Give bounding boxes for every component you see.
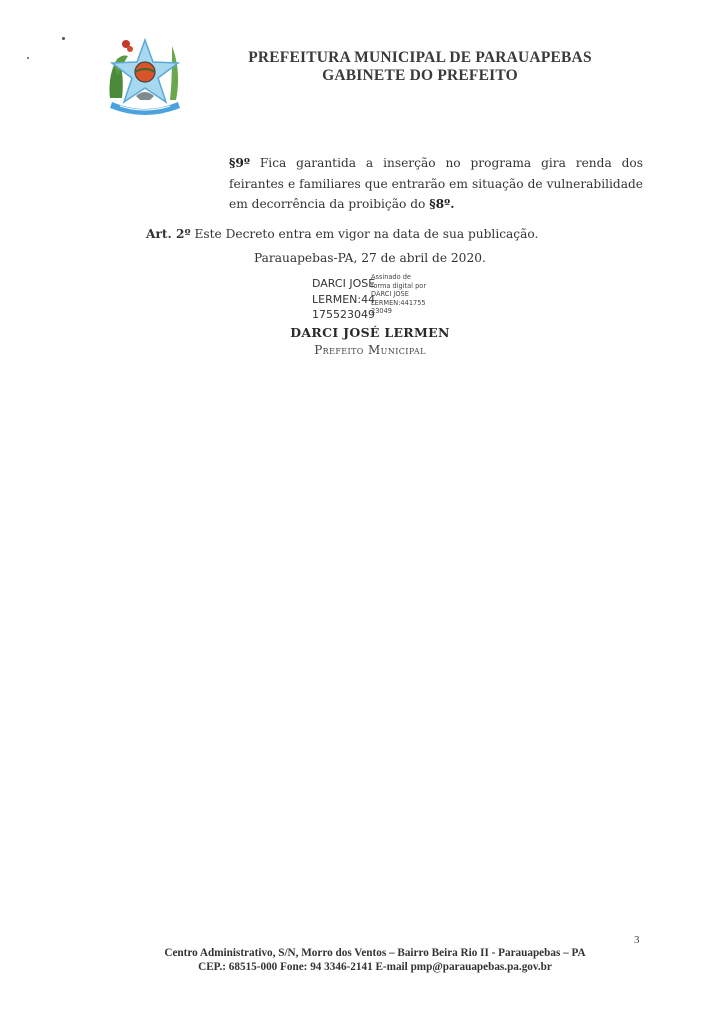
digital-signature-name: DARCI JOSE LERMEN:44 175523049 bbox=[312, 276, 375, 323]
digital-signature-note: Assinado de forma digital por DARCI JOSE… bbox=[371, 273, 426, 316]
header-subtitle: GABINETE DO PREFEITO bbox=[225, 67, 615, 85]
scan-speck bbox=[62, 37, 65, 40]
signature-note-line: DARCI JOSE bbox=[371, 290, 426, 299]
paragraph-end: . bbox=[450, 197, 454, 211]
scan-speck bbox=[27, 57, 29, 59]
signature-name-line: LERMEN:44 bbox=[312, 292, 375, 308]
signature-note-line: forma digital por bbox=[371, 282, 426, 291]
signature-note-line: 23049 bbox=[371, 307, 426, 316]
footer-address: Centro Administrativo, S/N, Morro dos Ve… bbox=[140, 946, 610, 960]
paragraph-label: §9º bbox=[229, 156, 250, 170]
page-number: 3 bbox=[634, 934, 640, 946]
paragraph-9: §9º Fica garantida a inserção no program… bbox=[229, 153, 643, 215]
date-line: Parauapebas-PA, 27 de abril de 2020. bbox=[254, 251, 486, 265]
signature-name-line: 175523049 bbox=[312, 307, 375, 323]
paragraph-reference: §8º bbox=[429, 197, 450, 211]
signer-role: Prefeito Municipal bbox=[240, 343, 500, 357]
article-text: Este Decreto entra em vigor na data de s… bbox=[191, 227, 539, 241]
document-header: PREFEITURA MUNICIPAL DE PARAUAPEBAS GABI… bbox=[225, 49, 615, 85]
article-label: Art. 2º bbox=[146, 227, 191, 241]
document-footer: Centro Administrativo, S/N, Morro dos Ve… bbox=[140, 946, 610, 974]
footer-contact: CEP.: 68515-000 Fone: 94 3346-2141 E-mai… bbox=[140, 960, 610, 974]
article-2: Art. 2º Este Decreto entra em vigor na d… bbox=[146, 227, 538, 241]
municipal-coat-of-arms-icon bbox=[100, 36, 190, 118]
signer-name: DARCI JOSÉ LERMEN bbox=[240, 325, 500, 340]
signature-note-line: Assinado de bbox=[371, 273, 426, 282]
signature-name-line: DARCI JOSE bbox=[312, 276, 375, 292]
signature-note-line: LERMEN:441755 bbox=[371, 299, 426, 308]
header-title: PREFEITURA MUNICIPAL DE PARAUAPEBAS bbox=[225, 49, 615, 67]
